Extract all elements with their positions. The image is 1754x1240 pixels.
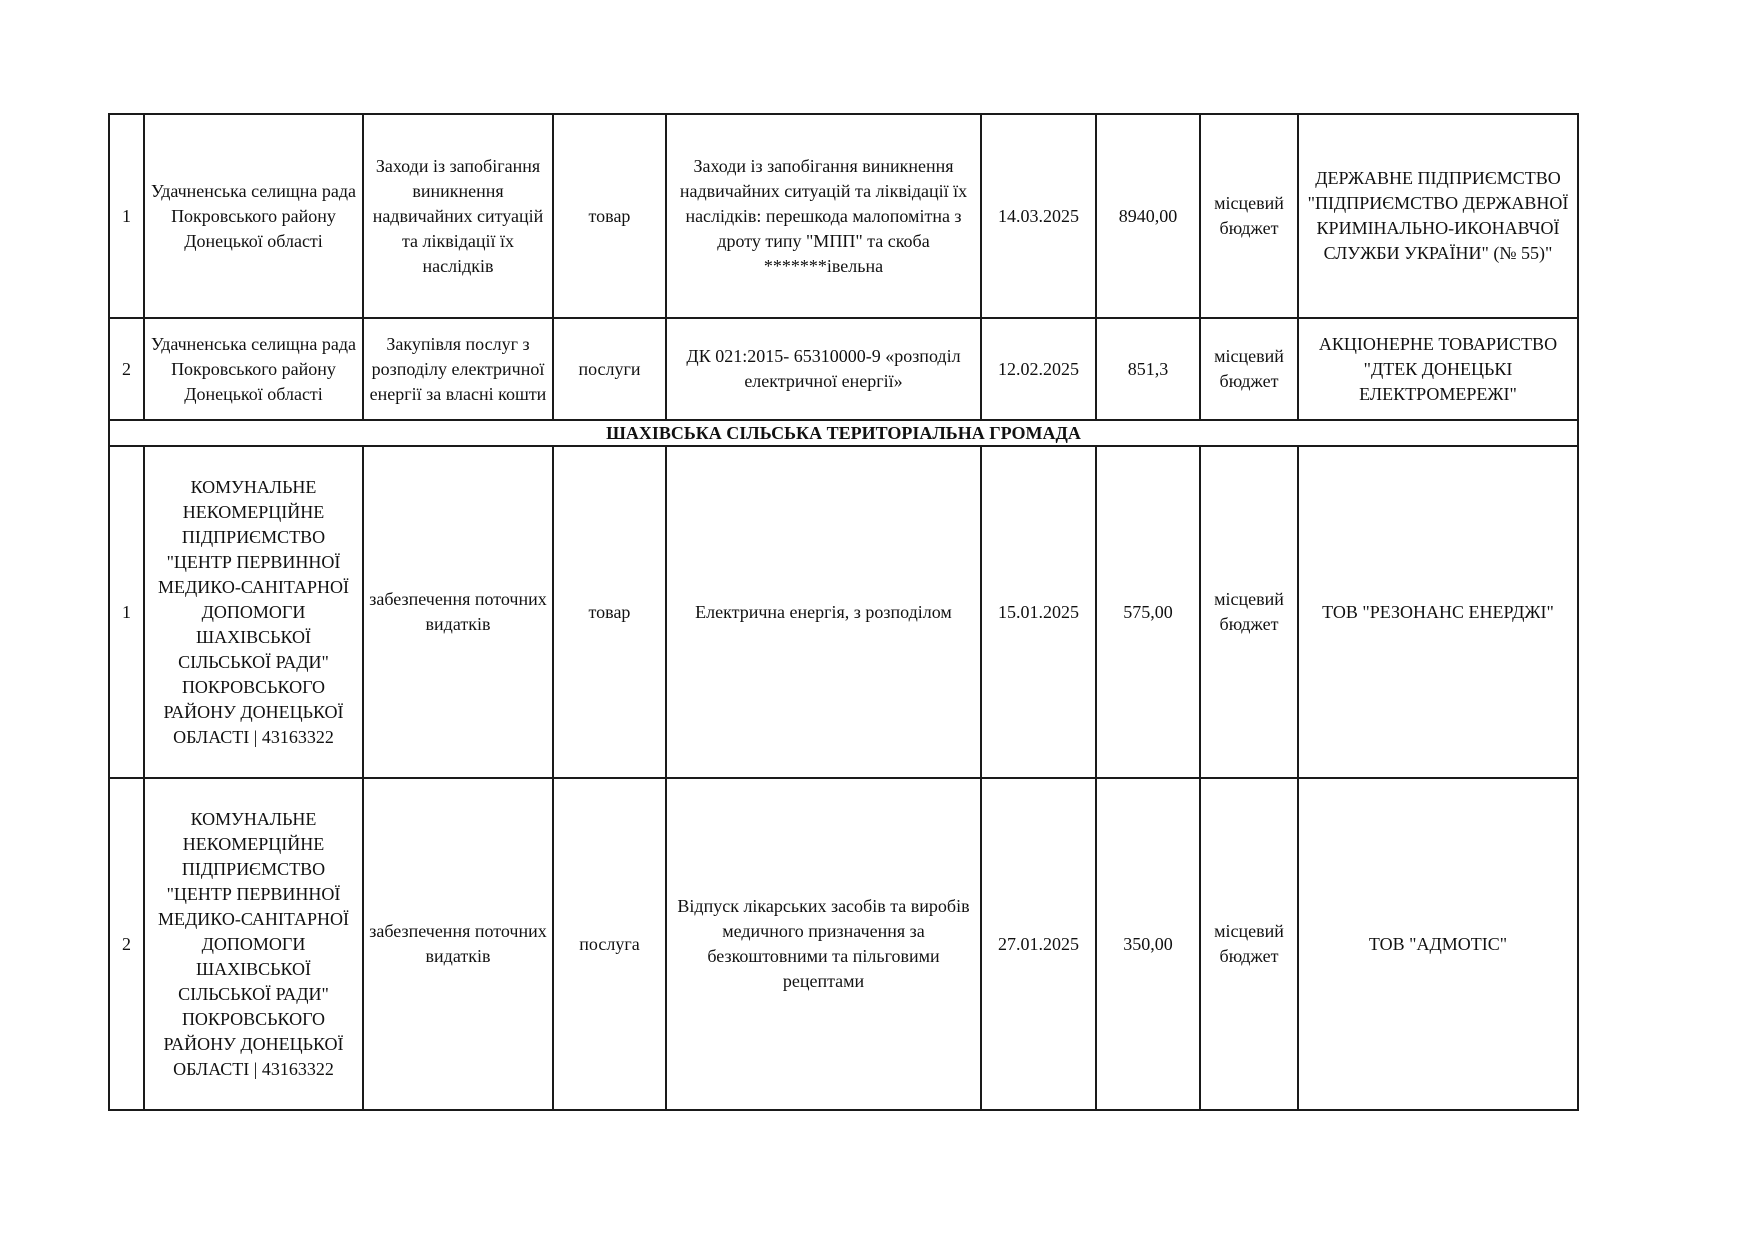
row-number: 1 xyxy=(109,446,144,778)
type-cell: послуги xyxy=(553,318,666,420)
supplier-cell: АКЦІОНЕРНЕ ТОВАРИСТВО "ДТЕК ДОНЕЦЬКІ ЕЛЕ… xyxy=(1298,318,1578,420)
amount-cell: 350,00 xyxy=(1096,778,1200,1110)
document-page: 1 Удачненська селищна рада Покровського … xyxy=(0,0,1754,1240)
type-cell: послуга xyxy=(553,778,666,1110)
subject-cell: Електрична енергія, з розподілом xyxy=(666,446,981,778)
table-row: 2 КОМУНАЛЬНЕ НЕКОМЕРЦІЙНЕ ПІДПРИЄМСТВО "… xyxy=(109,778,1578,1110)
subject-cell: ДК 021:2015- 65310000-9 «розподіл електр… xyxy=(666,318,981,420)
section-header-row: ШАХІВСЬКА СІЛЬСЬКА ТЕРИТОРІАЛЬНА ГРОМАДА xyxy=(109,420,1578,446)
purpose-cell: Закупівля послуг з розподілу електричної… xyxy=(363,318,553,420)
purpose-cell: забезпечення поточних видатків xyxy=(363,446,553,778)
customer-cell: КОМУНАЛЬНЕ НЕКОМЕРЦІЙНЕ ПІДПРИЄМСТВО "ЦЕ… xyxy=(144,446,363,778)
funding-cell: місцевий бюджет xyxy=(1200,114,1298,318)
supplier-cell: ТОВ "АДМОТІС" xyxy=(1298,778,1578,1110)
procurement-table: 1 Удачненська селищна рада Покровського … xyxy=(108,113,1579,1111)
supplier-cell: ДЕРЖАВНЕ ПІДПРИЄМСТВО "ПІДПРИЄМСТВО ДЕРЖ… xyxy=(1298,114,1578,318)
table-row: 1 КОМУНАЛЬНЕ НЕКОМЕРЦІЙНЕ ПІДПРИЄМСТВО "… xyxy=(109,446,1578,778)
funding-cell: місцевий бюджет xyxy=(1200,446,1298,778)
row-number: 2 xyxy=(109,318,144,420)
amount-cell: 575,00 xyxy=(1096,446,1200,778)
customer-cell: Удачненська селищна рада Покровського ра… xyxy=(144,318,363,420)
type-cell: товар xyxy=(553,114,666,318)
purpose-cell: забезпечення поточних видатків xyxy=(363,778,553,1110)
customer-cell: Удачненська селищна рада Покровського ра… xyxy=(144,114,363,318)
subject-cell: Заходи із запобігання виникнення надвича… xyxy=(666,114,981,318)
customer-cell: КОМУНАЛЬНЕ НЕКОМЕРЦІЙНЕ ПІДПРИЄМСТВО "ЦЕ… xyxy=(144,778,363,1110)
subject-cell: Відпуск лікарських засобів та виробів ме… xyxy=(666,778,981,1110)
date-cell: 27.01.2025 xyxy=(981,778,1096,1110)
amount-cell: 8940,00 xyxy=(1096,114,1200,318)
supplier-cell: ТОВ "РЕЗОНАНС ЕНЕРДЖІ" xyxy=(1298,446,1578,778)
date-cell: 14.03.2025 xyxy=(981,114,1096,318)
purpose-cell: Заходи із запобігання виникнення надвича… xyxy=(363,114,553,318)
amount-cell: 851,3 xyxy=(1096,318,1200,420)
funding-cell: місцевий бюджет xyxy=(1200,778,1298,1110)
date-cell: 12.02.2025 xyxy=(981,318,1096,420)
type-cell: товар xyxy=(553,446,666,778)
row-number: 1 xyxy=(109,114,144,318)
date-cell: 15.01.2025 xyxy=(981,446,1096,778)
row-number: 2 xyxy=(109,778,144,1110)
table-row: 1 Удачненська селищна рада Покровського … xyxy=(109,114,1578,318)
table-row: 2 Удачненська селищна рада Покровського … xyxy=(109,318,1578,420)
funding-cell: місцевий бюджет xyxy=(1200,318,1298,420)
section-title: ШАХІВСЬКА СІЛЬСЬКА ТЕРИТОРІАЛЬНА ГРОМАДА xyxy=(109,420,1578,446)
